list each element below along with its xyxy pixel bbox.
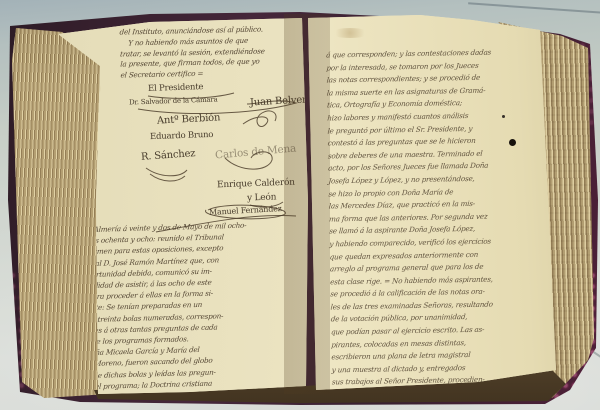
- foxing-stain: [330, 28, 370, 38]
- signature: Enrique Calderón: [217, 178, 295, 191]
- signature: y León: [247, 192, 277, 203]
- ink-blot: [502, 115, 505, 118]
- signature: Antº Berbión: [157, 112, 221, 126]
- signature: Manuel Fernández: [209, 204, 282, 217]
- president-signature: Dr. Salvador de la Cámara: [129, 95, 218, 106]
- tile-seam-top: [468, 2, 600, 13]
- right-page-text: á que corresponden; y las contestaciones…: [326, 47, 497, 390]
- ink-blot: [509, 139, 516, 146]
- signature: R. Sánchez: [141, 148, 196, 163]
- signature: Eduardo Bruno: [150, 130, 214, 142]
- president-title: El Presidente: [148, 82, 204, 94]
- photo-scene: del Instituto, anunciándose así al públi…: [0, 0, 600, 410]
- handwritten-line: el Secretario certifico =: [120, 68, 266, 82]
- closing-paragraph: del Instituto, anunciándose así al públi…: [119, 24, 265, 81]
- session-paragraph: En Almería á veinte y dos de Mayo de mil…: [74, 220, 251, 393]
